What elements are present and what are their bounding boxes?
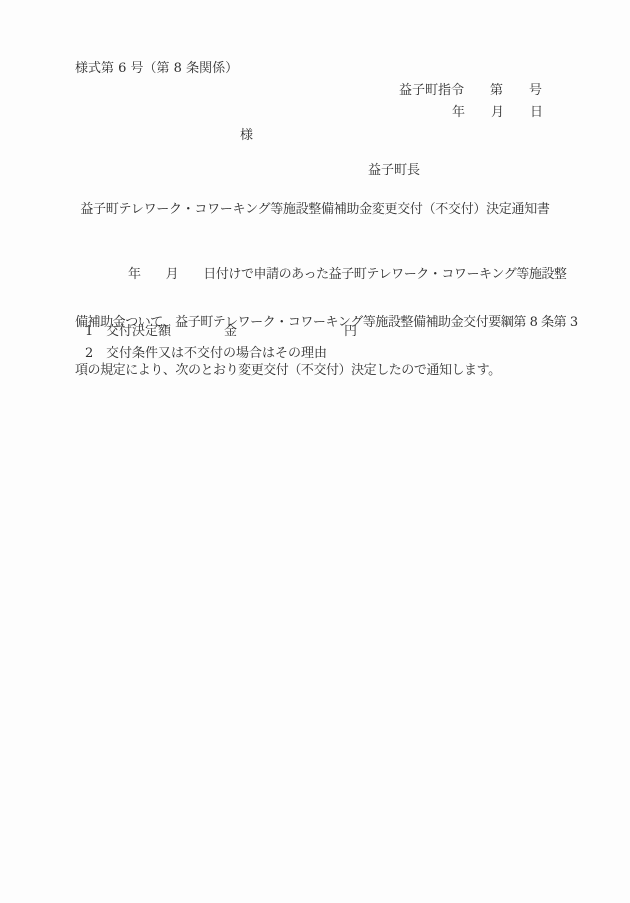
body-line-3: 項の規定により、次のとおり変更交付（不交付）決定したので通知します。 [75,360,565,382]
amount-unit: 円 [344,325,357,338]
item-2-label: 交付条件又は不交付の場合はその理由 [106,347,327,360]
body-paragraph: 年 月 日付けで申請のあった益子町テレワーク・コワーキング等施設整 備補助金つい… [75,238,565,408]
item-1-label: 交付決定額 [106,325,171,338]
directive-number-line: 益子町指令 第 号 [399,84,542,97]
document-title: 益子町テレワーク・コワーキング等施設整備補助金変更交付（不交付）決定通知書 [0,203,630,216]
body-line-1: 年 月 日付けで申請のあった益子町テレワーク・コワーキング等施設整 [75,264,565,286]
sender-title: 益子町長 [368,164,420,177]
item-grant-conditions: 2 交付条件又は不交付の場合はその理由 [0,347,630,363]
addressee-honorific: 様 [240,129,253,142]
document-page: 様式第 6 号（第 8 条関係） 益子町指令 第 号 年 月 日 様 益子町長 … [0,0,630,903]
amount-prefix: 金 [224,325,237,338]
date-line: 年 月 日 [452,106,543,119]
form-number: 様式第 6 号（第 8 条関係） [75,62,238,75]
item-1-number: 1 [85,325,93,338]
item-2-number: 2 [85,347,93,360]
item-grant-amount: 1 交付決定額 金 円 [0,325,630,341]
